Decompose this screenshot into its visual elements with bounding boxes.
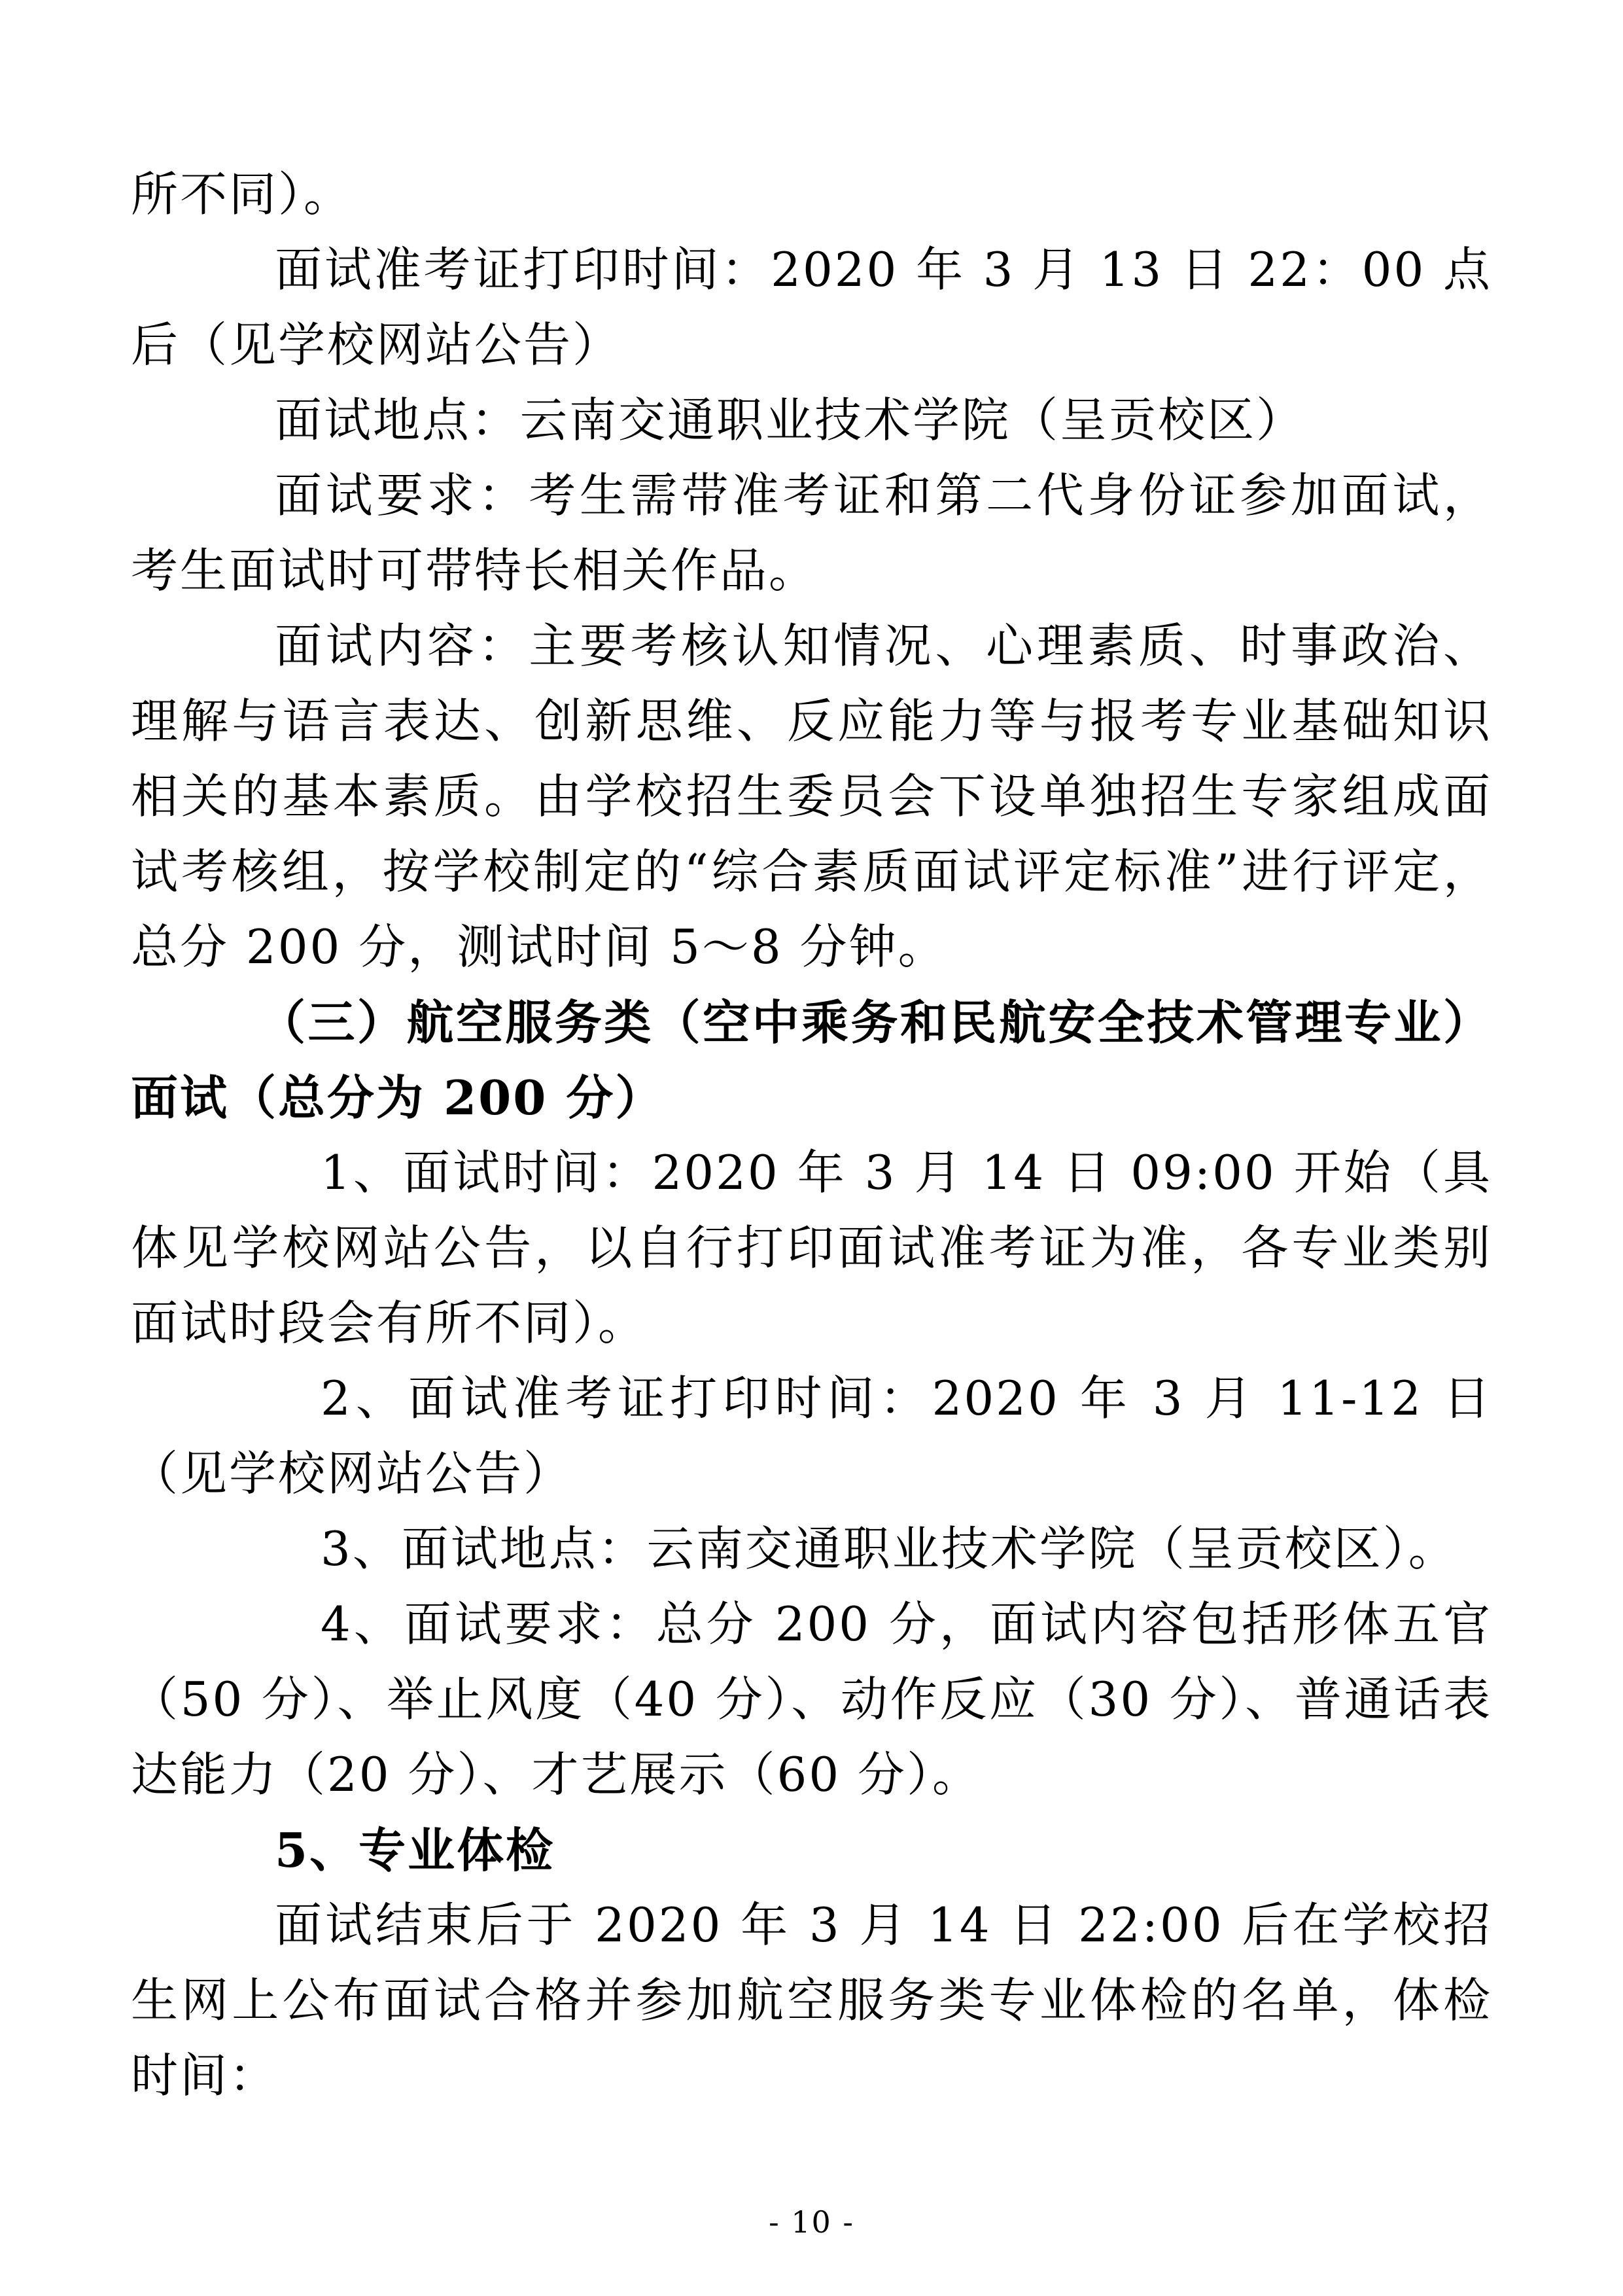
paragraph: 面试结束后于 2020 年 3 月 14 日 22:00 后在学校招生网上公布面… xyxy=(131,1888,1492,2113)
paragraph: 面试准考证打印时间：2020 年 3 月 13 日 22：00 点后（见学校网站… xyxy=(131,232,1492,383)
paragraph: 5、专业体检 xyxy=(131,1812,1492,1888)
document-body: 所不同）。面试准考证打印时间：2020 年 3 月 13 日 22：00 点后（… xyxy=(131,157,1492,2113)
paragraph: （三）航空服务类（空中乘务和民航安全技术管理专业）面试（总分为 200 分） xyxy=(131,985,1492,1135)
paragraph: 2、面试准考证打印时间：2020 年 3 月 11-12 日（见学校网站公告） xyxy=(131,1361,1492,1511)
paragraph: 4、面试要求：总分 200 分，面试内容包括形体五官（50 分）、举止风度（40… xyxy=(131,1587,1492,1812)
page-number: - 10 - xyxy=(0,2204,1623,2240)
paragraph: 1、面试时间：2020 年 3 月 14 日 09:00 开始（具体见学校网站公… xyxy=(131,1135,1492,1361)
document-page: 所不同）。面试准考证打印时间：2020 年 3 月 13 日 22：00 点后（… xyxy=(0,0,1623,2296)
paragraph: 面试要求：考生需带准考证和第二代身份证参加面试，考生面试时可带特长相关作品。 xyxy=(131,458,1492,609)
paragraph: 面试内容：主要考核认知情况、心理素质、时事政治、理解与语言表达、创新思维、反应能… xyxy=(131,609,1492,985)
paragraph: 所不同）。 xyxy=(131,157,1492,232)
paragraph: 3、面试地点：云南交通职业技术学院（呈贡校区）。 xyxy=(131,1511,1492,1587)
paragraph: 面试地点：云南交通职业技术学院（呈贡校区） xyxy=(131,383,1492,458)
